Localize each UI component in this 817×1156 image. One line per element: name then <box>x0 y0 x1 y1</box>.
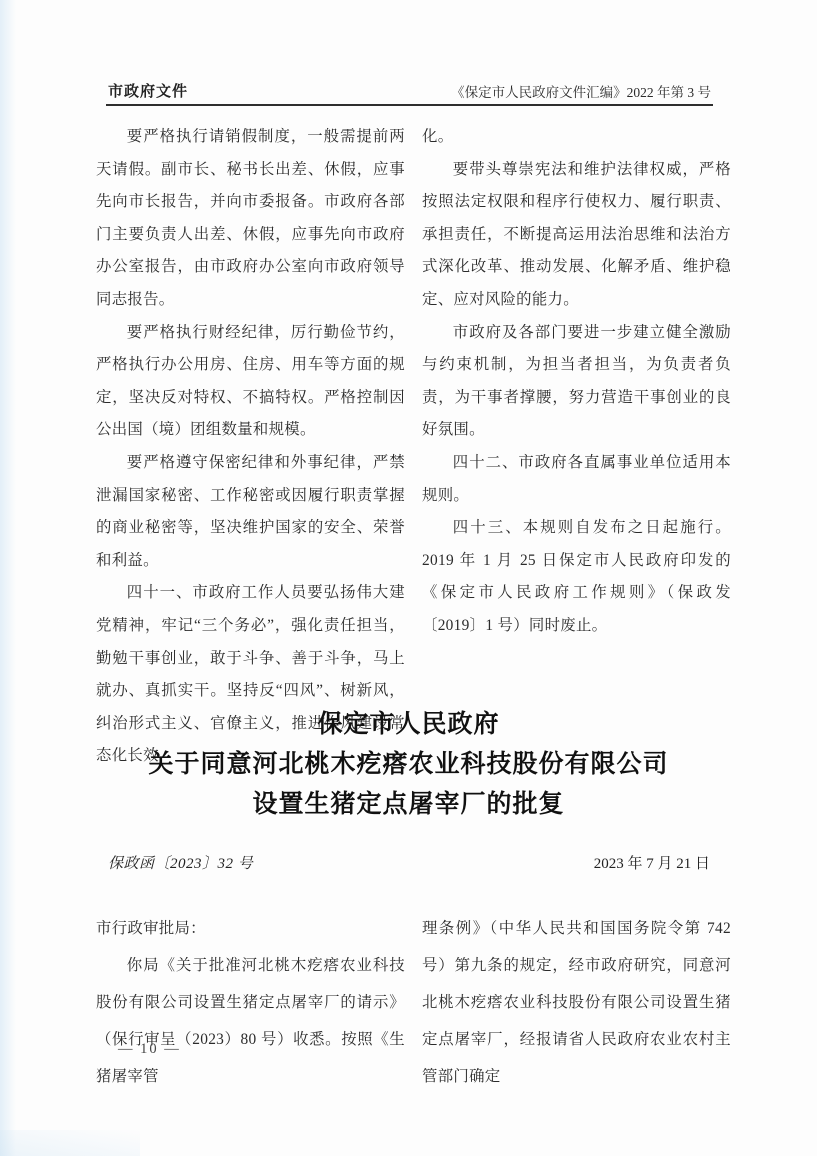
document-title: 保定市人民政府 关于同意河北桃木疙瘩农业科技股份有限公司 设置生猪定点屠宰厂的批… <box>0 704 817 824</box>
document-date: 2023 年 7 月 21 日 <box>594 852 710 873</box>
title-subject-line1: 关于同意河北桃木疙瘩农业科技股份有限公司 <box>0 744 817 784</box>
header-compilation-reference: 《保定市人民政府文件汇编》2022 年第 3 号 <box>451 81 711 101</box>
paragraph-financial-discipline: 要严格执行财经纪律，厉行勤俭节约，严格执行办公用房、住房、用车等方面的规定，坚决… <box>96 317 405 447</box>
page-number: — 10 — <box>118 1041 181 1057</box>
paragraph-request-received: 你局《关于批准河北桃木疙瘩农业科技股份有限公司设置生猪定点屠宰厂的请示》（保行审… <box>96 947 405 1095</box>
paragraph-overflow: 化。 <box>422 121 731 154</box>
scan-bottom-edge-tint <box>0 1130 140 1156</box>
document-meta-row: 保政函〔2023〕32 号 2023 年 7 月 21 日 <box>108 852 710 873</box>
page-header: 市政府文件 《保定市人民政府文件汇编》2022 年第 3 号 <box>108 80 711 101</box>
paragraph-approval-decision: 理条例》（中华人民共和国国务院令第 742 号）第九条的规定，经市政府研究，同意… <box>422 910 731 1095</box>
continuation-right-column: 化。 要带头尊崇宪法和维护法律权威，严格按照法定权限和程序行使权力、履行职责、承… <box>422 121 731 773</box>
scanned-document-page: 市政府文件 《保定市人民政府文件汇编》2022 年第 3 号 要严格执行请销假制… <box>0 0 817 1156</box>
paragraph-article-42: 四十二、市政府各直属事业单位适用本规则。 <box>422 447 731 512</box>
title-issuer: 保定市人民政府 <box>0 704 817 744</box>
salutation: 市行政审批局： <box>96 910 405 947</box>
title-subject-line2: 设置生猪定点屠宰厂的批复 <box>0 784 817 824</box>
paragraph-incentive-mechanism: 市政府及各部门要进一步建立健全激励与约束机制，为担当者担当，为负责者负责，为干事… <box>422 317 731 447</box>
reply-body-section: 市行政审批局： 你局《关于批准河北桃木疙瘩农业科技股份有限公司设置生猪定点屠宰厂… <box>96 910 731 1095</box>
document-number: 保政函〔2023〕32 号 <box>108 852 253 873</box>
reply-left-column: 市行政审批局： 你局《关于批准河北桃木疙瘩农业科技股份有限公司设置生猪定点屠宰厂… <box>96 910 405 1095</box>
header-divider-rule <box>106 104 713 106</box>
scan-left-edge-tint <box>0 0 16 1156</box>
rules-continuation-section: 要严格执行请销假制度，一般需提前两天请假。副市长、秘书长出差、休假，应事先向市长… <box>96 121 731 773</box>
continuation-left-column: 要严格执行请销假制度，一般需提前两天请假。副市长、秘书长出差、休假，应事先向市长… <box>96 121 405 773</box>
page-footer: — 10 — <box>118 1041 181 1058</box>
paragraph-constitution: 要带头尊崇宪法和维护法律权威，严格按照法定权限和程序行使权力、履行职责、承担责任… <box>422 154 731 317</box>
paragraph-leave-rules: 要严格执行请销假制度，一般需提前两天请假。副市长、秘书长出差、休假，应事先向市长… <box>96 121 405 317</box>
paragraph-article-43: 四十三、本规则自发布之日起施行。2019 年 1 月 25 日保定市人民政府印发… <box>422 512 731 642</box>
reply-right-column: 理条例》（中华人民共和国国务院令第 742 号）第九条的规定，经市政府研究，同意… <box>422 910 731 1095</box>
paragraph-confidentiality: 要严格遵守保密纪律和外事纪律，严禁泄漏国家秘密、工作秘密或因履行职责掌握的商业秘… <box>96 447 405 577</box>
header-doc-category: 市政府文件 <box>108 80 188 101</box>
